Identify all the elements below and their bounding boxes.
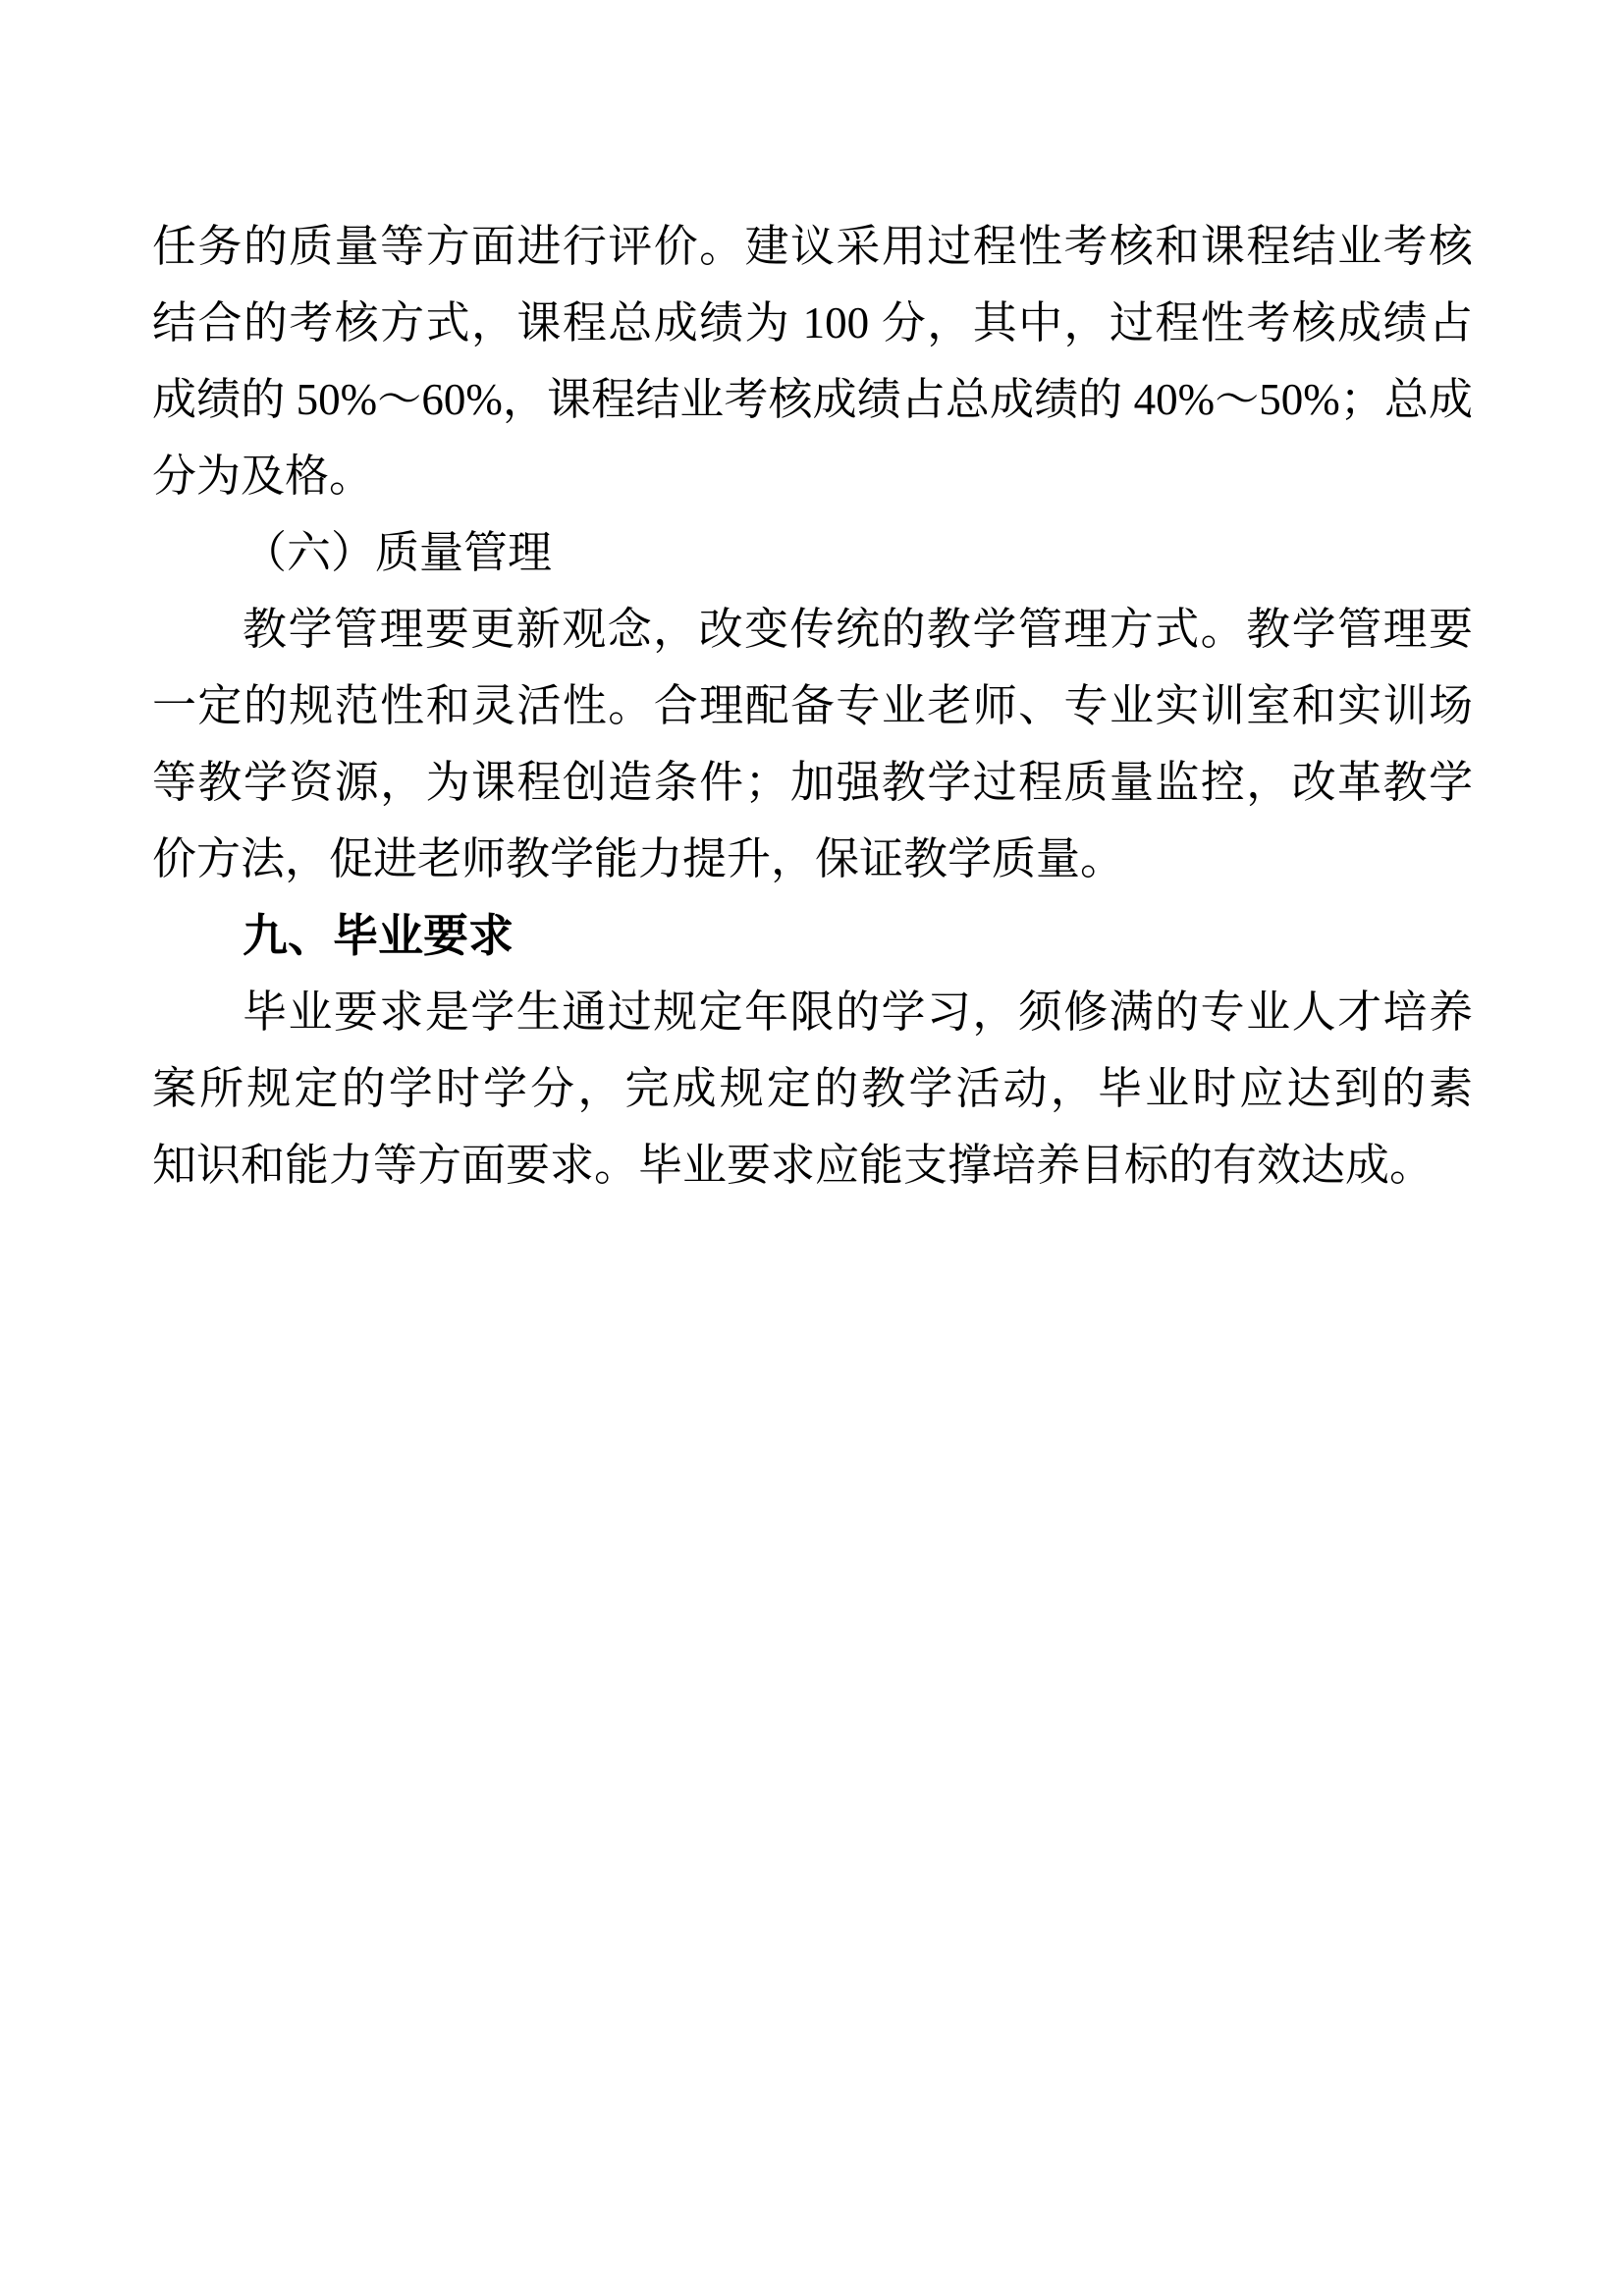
text-line: 等教学资源，为课程创造条件；加强教学过程质量监控，改革教学评 [152,744,1473,821]
text-line: 结合的考核方式，课程总成绩为 100 分，其中，过程性考核成绩占总 [152,285,1473,361]
document-page: 任务的质量等方面进行评价。建议采用过程性考核和课程结业考核相 结合的考核方式，课… [0,0,1624,2296]
section-heading-line: 九、毕业要求 [152,897,1473,974]
paragraph-assessment-method: 任务的质量等方面进行评价。建议采用过程性考核和课程结业考核相 结合的考核方式，课… [152,208,1473,514]
text-line: 案所规定的学时学分，完成规定的教学活动，毕业时应达到的素质、 [152,1050,1473,1127]
heading-graduation-requirements: 九、毕业要求 [152,897,1473,974]
text-line: 一定的规范性和灵活性。合理配备专业老师、专业实训室和实训场地 [152,667,1473,744]
text-line: 知识和能力等方面要求。毕业要求应能支撑培养目标的有效达成。 [152,1127,1473,1203]
text-line: 教学管理要更新观念，改变传统的教学管理方式。教学管理要有 [152,591,1473,667]
subheading-line: （六）质量管理 [152,514,1473,591]
subheading-quality-management: （六）质量管理 [152,514,1473,591]
text-line: 成绩的 50%～60%，课程结业考核成绩占总成绩的 40%～50%；总成绩 60 [152,361,1473,438]
text-line: 价方法，促进老师教学能力提升，保证教学质量。 [152,821,1473,897]
paragraph-graduation-requirements: 毕业要求是学生通过规定年限的学习，须修满的专业人才培养方 案所规定的学时学分，完… [152,974,1473,1203]
paragraph-quality-management: 教学管理要更新观念，改变传统的教学管理方式。教学管理要有 一定的规范性和灵活性。… [152,591,1473,897]
text-line: 分为及格。 [152,438,1473,514]
text-line: 任务的质量等方面进行评价。建议采用过程性考核和课程结业考核相 [152,208,1473,285]
text-line: 毕业要求是学生通过规定年限的学习，须修满的专业人才培养方 [152,974,1473,1050]
